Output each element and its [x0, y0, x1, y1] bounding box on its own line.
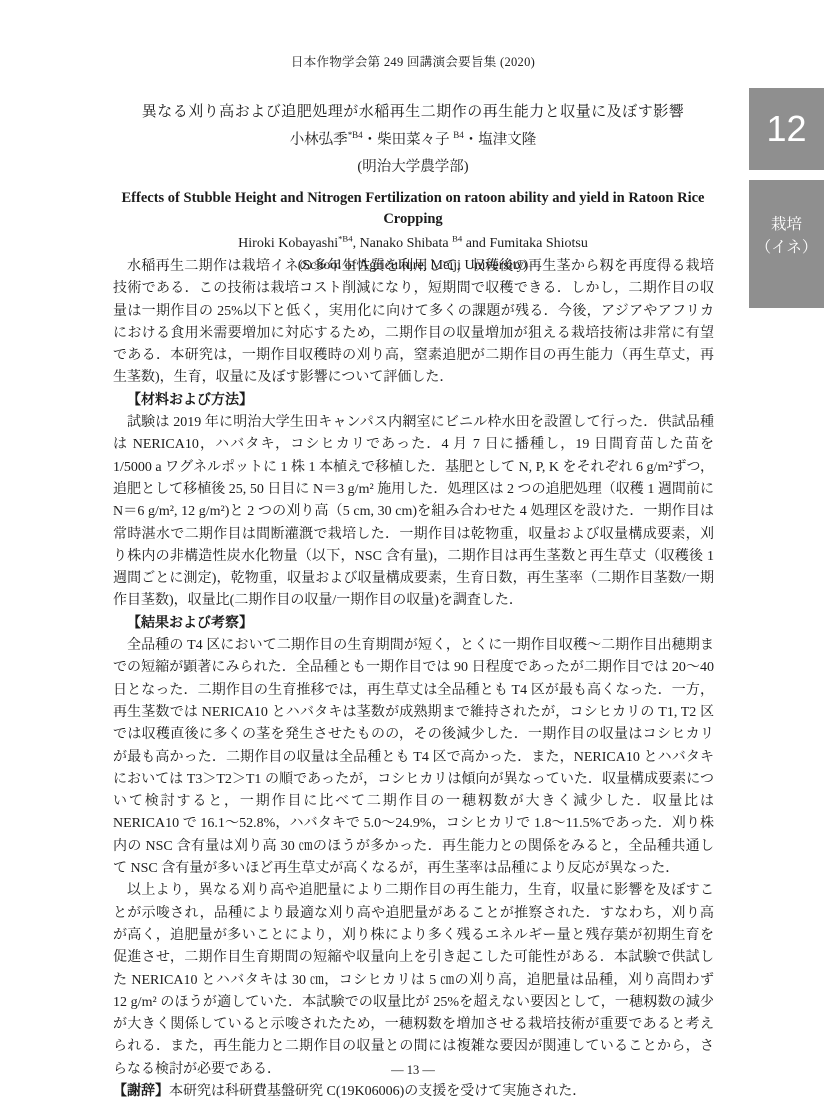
author-name: Nanako Shibata [360, 236, 449, 251]
section-heading-methods: 【材料および方法】 [113, 390, 714, 412]
author-name: 塩津文隆 [478, 132, 536, 148]
sidebar-tab-section-number: 12 [749, 88, 824, 170]
section-number: 12 [766, 108, 806, 150]
results-paragraph: 全品種の T4 区において二期作目の生育期間が短く，とくに一期作目収穫〜二期作目… [113, 635, 714, 880]
front-matter: 異なる刈り高および追肥処理が水稲再生二期作の再生能力と収量に及ぼす影響 小林弘季… [113, 100, 713, 274]
authors-japanese: 小林弘季*B4・柴田菜々子 B4・塩津文隆 [113, 128, 713, 149]
authors-english: Hiroki Kobayashi*B4, Nanako Shibata B4 a… [113, 236, 713, 252]
discussion-paragraph: 以上より，異なる刈り高や追肥量により二期作目の再生能力，生育，収量に影響を及ぼす… [113, 880, 714, 1081]
intro-paragraph: 水稲再生二期作は栽培イネの多年生性質を利用して，収穫後の再生茎から籾を再度得る栽… [113, 256, 714, 390]
sidebar-tab-category: 栽培 （イネ） [749, 180, 824, 308]
author-name: 柴田菜々子 [377, 132, 450, 148]
proceedings-header: 日本作物学会第 249 回講演会要旨集 (2020) [113, 52, 713, 70]
title-japanese: 異なる刈り高および追肥処理が水稲再生二期作の再生能力と収量に及ぼす影響 [113, 100, 713, 121]
author-separator: ・ [363, 132, 378, 148]
author-superscript: *B4 [338, 233, 352, 243]
author-superscript: *B4 [348, 130, 363, 140]
abstract-body: 水稲再生二期作は栽培イネの多年生性質を利用して，収穫後の再生茎から籾を再度得る栽… [113, 256, 714, 1103]
affiliation-japanese: (明治大学農学部) [113, 155, 713, 176]
title-english: Effects of Stubble Height and Nitrogen F… [113, 188, 713, 230]
author-separator: , [353, 236, 360, 251]
abstract-page: 日本作物学会第 249 回講演会要旨集 (2020) 12 栽培 （イネ） 異な… [0, 0, 827, 1103]
author-superscript: B4 [452, 233, 462, 243]
author-name: Hiroki Kobayashi [238, 236, 338, 251]
author-separator: and [462, 236, 489, 251]
author-name: Fumitaka Shiotsu [489, 236, 587, 251]
category-line2: （イネ） [756, 239, 818, 256]
category-line1: 栽培 [771, 216, 802, 233]
acknowledgment-text: 本研究は科研費基盤研究 C(19K06006)の支援を受けて実施された． [169, 1084, 586, 1099]
section-heading-results: 【結果および考察】 [113, 613, 714, 635]
acknowledgment-label: 【謝辞】 [113, 1084, 169, 1099]
author-superscript: B4 [453, 130, 464, 140]
author-separator: ・ [464, 132, 479, 148]
category-label: 栽培 （イネ） [756, 213, 818, 260]
page-number: ― 13 ― [113, 1063, 713, 1078]
methods-paragraph: 試験は 2019 年に明治大学生田キャンパス内網室にビニル枠水田を設置して行った… [113, 412, 714, 613]
author-name: 小林弘季 [290, 132, 348, 148]
acknowledgment: 【謝辞】本研究は科研費基盤研究 C(19K06006)の支援を受けて実施された． [113, 1081, 714, 1103]
